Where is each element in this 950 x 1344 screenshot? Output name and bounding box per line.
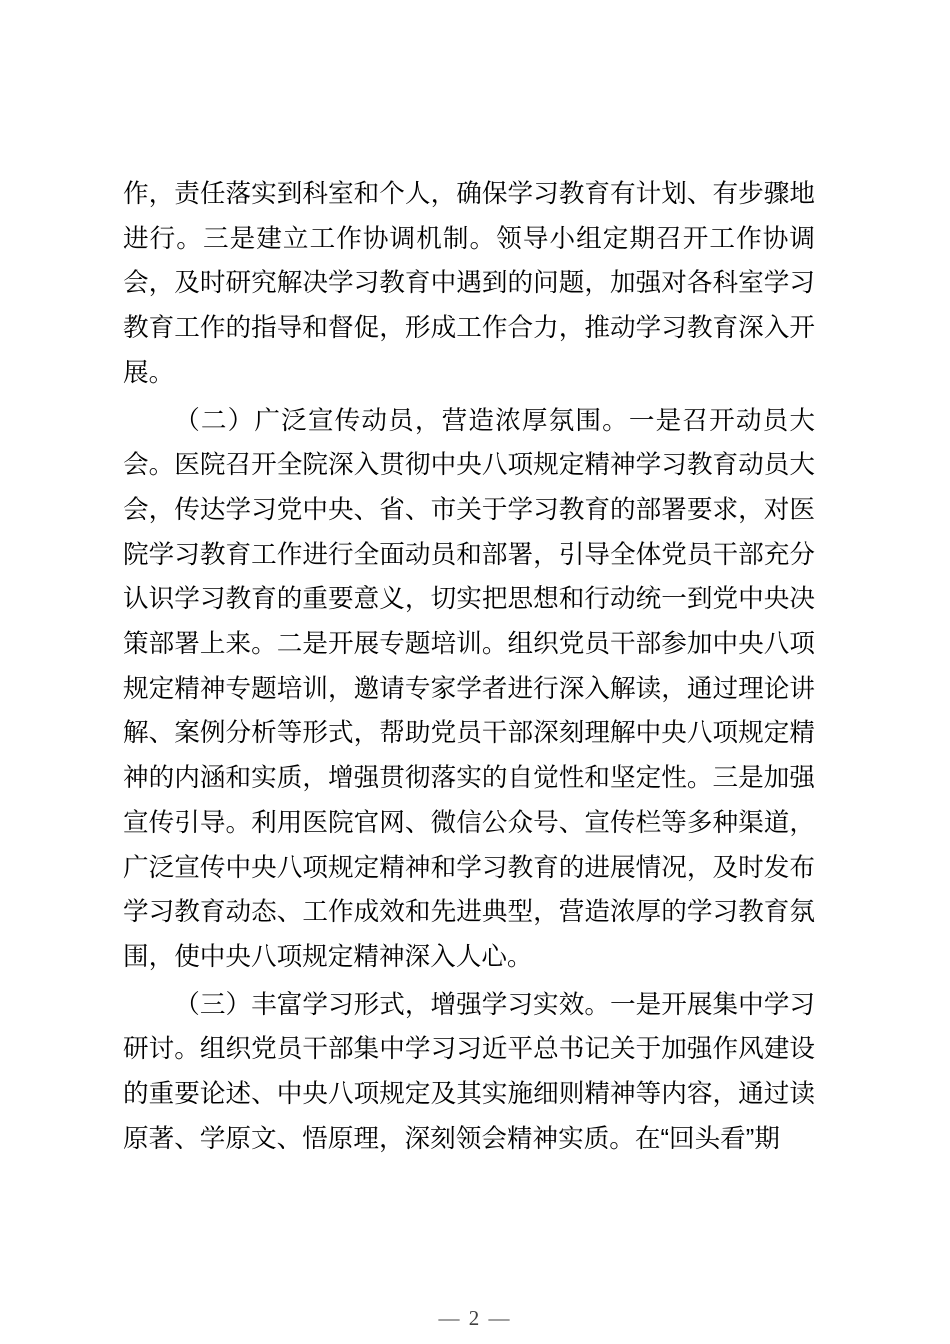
page-number: — 2 — [439,1306,512,1331]
body-paragraph: （二）广泛宣传动员，营造浓厚氛围。一是召开动员大会。医院召开全院深入贯彻中央八项… [123,399,815,980]
page-footer: — 2 — [0,1306,950,1331]
body-paragraph: 作，责任落实到科室和个人，确保学习教育有计划、有步骤地进行。三是建立工作协调机制… [123,172,815,396]
document-page: 作，责任落实到科室和个人，确保学习教育有计划、有步骤地进行。三是建立工作协调机制… [0,0,950,1344]
body-paragraph: （三）丰富学习形式，增强学习实效。一是开展集中学习研讨。组织党员干部集中学习习近… [123,983,815,1162]
document-body: 作，责任落实到科室和个人，确保学习教育有计划、有步骤地进行。三是建立工作协调机制… [123,172,815,1164]
